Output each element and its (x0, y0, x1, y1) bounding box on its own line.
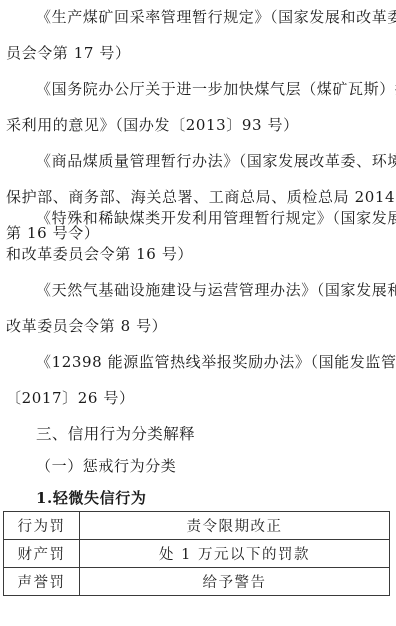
reference-3-line-2: 保护部、商务部、海关总署、工商总局、质检总局 2014 年 (6, 186, 390, 208)
reference-6-line-1: 《12398 能源监管热线举报奖励办法》（国能发监管 (36, 351, 390, 373)
reference-4-line-1: 《特殊和稀缺煤类开发利用管理暂行规定》（国家发展 (36, 207, 390, 229)
section-heading: 三、信用行为分类解释 (36, 423, 390, 445)
reference-1-line-1: 《生产煤矿回采率管理暂行规定》（国家发展和改革委 (36, 6, 390, 28)
reference-5-line-1: 《天然气基础设施建设与运营管理办法》（国家发展和 (36, 279, 390, 301)
reference-2-line-1: 《国务院办公厅关于进一步加快煤气层（煤矿瓦斯）抽 (36, 78, 390, 100)
penalty-measure-cell: 处 1 万元以下的罚款 (80, 540, 390, 568)
reference-2-line-2: 采利用的意见》（国办发〔2013〕93 号） (6, 114, 390, 136)
reference-6-line-2: 〔2017〕26 号） (6, 387, 390, 409)
table-row: 声誉罚 给予警告 (4, 568, 390, 596)
reference-3-line-1: 《商品煤质量管理暂行办法》（国家发展改革委、环境 (36, 150, 390, 172)
penalty-type-cell: 财产罚 (4, 540, 80, 568)
table-row: 财产罚 处 1 万元以下的罚款 (4, 540, 390, 568)
reference-5-line-2: 改革委员会令第 8 号） (6, 315, 390, 337)
penalty-table: 行为罚 责令限期改正 财产罚 处 1 万元以下的罚款 声誉罚 给予警告 (3, 511, 390, 596)
penalty-measure-cell: 责令限期改正 (80, 512, 390, 540)
reference-1-line-2: 员会令第 17 号） (6, 42, 390, 64)
penalty-type-cell: 行为罚 (4, 512, 80, 540)
penalty-measure-cell: 给予警告 (80, 568, 390, 596)
reference-4-line-2: 和改革委员会令第 16 号） (6, 243, 390, 265)
item-1-heading: 1.轻微失信行为 (36, 487, 390, 509)
document-page: 《生产煤矿回采率管理暂行规定》（国家发展和改革委 员会令第 17 号） 《国务院… (0, 0, 396, 626)
table-row: 行为罚 责令限期改正 (4, 512, 390, 540)
subsection-heading: （一）惩戒行为分类 (36, 455, 390, 477)
penalty-type-cell: 声誉罚 (4, 568, 80, 596)
